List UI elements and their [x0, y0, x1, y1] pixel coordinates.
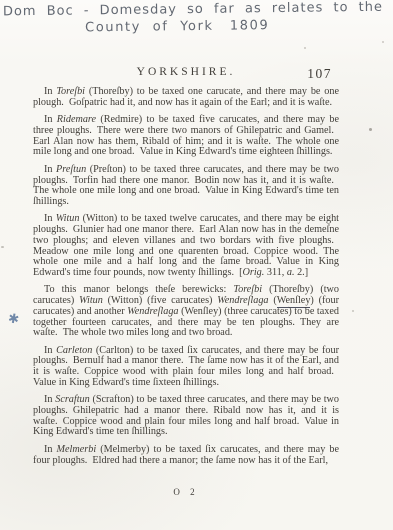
place-name-italic: Scraftun	[55, 394, 90, 405]
handwritten-annotation: Dom Boc - Domesday so far as relates to …	[3, 0, 391, 36]
paragraph: In Carleton (Carlton) to be taxed ſix ca…	[33, 346, 339, 389]
place-name-italic: Orig.	[243, 267, 265, 278]
paragraph: In Scraftun (Scrafton) to be taxed three…	[33, 395, 339, 438]
place-name-italic: Wendreſlaga	[217, 295, 268, 306]
scan-speck	[352, 310, 354, 312]
place-name-italic: Preſtun	[56, 164, 86, 175]
handwritten-title-line2: County of York 1809	[3, 17, 391, 37]
scanned-book-page: Dom Boc - Domesday so far as relates to …	[0, 0, 393, 530]
place-name-italic: Witun	[56, 213, 80, 224]
paragraph: In Preſtun (Preſton) to be taxed three c…	[33, 165, 339, 208]
running-head: YORKSHIRE. 107	[33, 66, 339, 82]
printer-signature-mark: O 2	[33, 487, 339, 497]
underlined-word: Wenſley	[277, 295, 311, 308]
place-name-italic: Carleton	[56, 345, 92, 356]
place-name-italic: Toreſbi	[56, 86, 85, 97]
scan-speck	[382, 41, 384, 43]
place-name-italic: Witun	[79, 295, 103, 306]
scan-speck	[1, 246, 4, 248]
paragraph: In Melmerbi (Melmerby) to be taxed ſix c…	[33, 445, 339, 466]
page-number: 107	[307, 66, 332, 82]
paragraph: In Witun (Witton) to be taxed twelve car…	[33, 214, 339, 278]
paragraph: In Toreſbi (Thoreſby) to be taxed one ca…	[33, 87, 339, 108]
place-name-italic: Wendreſlaga	[127, 306, 178, 317]
place-name-italic: Ridemare	[57, 114, 96, 125]
place-name-italic: Melmerbi	[57, 444, 97, 455]
place-name-italic: Toreſbi	[233, 284, 262, 295]
place-name-italic: a.	[287, 267, 295, 278]
handwritten-asterisk-mark: ✱	[7, 311, 20, 328]
text-column: In Toreſbi (Thoreſby) to be taxed one ca…	[33, 87, 339, 473]
scan-speck	[304, 47, 306, 49]
paragraph: To this manor belongs theſe berewicks: T…	[33, 285, 339, 339]
page-header-title: YORKSHIRE.	[33, 66, 339, 78]
paragraph: In Ridemare (Redmire) to be taxed five c…	[33, 115, 339, 158]
scan-speck	[369, 128, 372, 131]
